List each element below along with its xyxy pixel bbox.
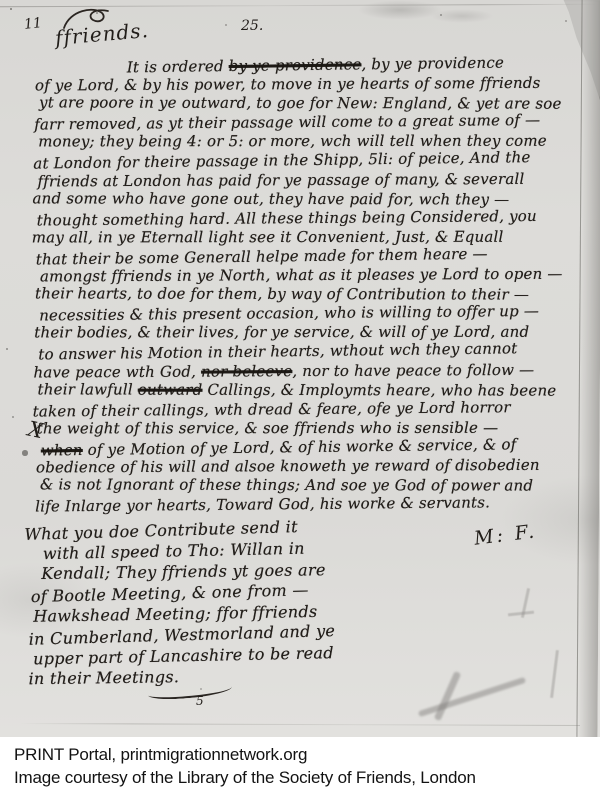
manuscript-line: thought something hard. All these things… [37, 206, 585, 230]
manuscript-scan: 11 25. ffriends. It is ordered by ye pro… [0, 0, 600, 737]
manuscript-line: have peace wth God, nor beleeve, nor to … [33, 360, 581, 382]
manuscript-line: of ye Lord, & by his power, to move in y… [35, 74, 583, 96]
caption-line-credit: Image courtesy of the Library of the Soc… [14, 766, 600, 789]
folio-number: 11 [23, 15, 42, 33]
manuscript-line: taken of their callings, wth dread & fea… [33, 397, 581, 421]
colophon-mark: 5 [196, 694, 204, 708]
page-number: 25. [241, 18, 263, 34]
manuscript-line: obedience of his will and alsoe knoweth … [36, 456, 584, 478]
pencil-x-bar [434, 671, 462, 721]
pencil-stroke [550, 650, 559, 698]
manuscript-line: amongst ffriends in ye North, what as it… [40, 265, 588, 287]
caption: PRINT Portal, printmigrationnetwork.org … [0, 737, 600, 794]
pencil-x-bar [418, 677, 526, 717]
manuscript-line: life Inlarge yor hearts, Toward God, his… [35, 493, 583, 517]
manuscript-line: ffriends at London has paid for ye passa… [37, 169, 585, 191]
ink-specks [10, 8, 12, 10]
caption-line-source: PRINT Portal, printmigrationnetwork.org [14, 743, 600, 766]
signature-initials: M: F. [473, 520, 538, 550]
manuscript-postscript: What you doe Contribute send itwith all … [28, 516, 361, 691]
pencil-x-smudge [408, 668, 538, 728]
screenshot: 11 25. ffriends. It is ordered by ye pro… [0, 0, 600, 794]
manuscript-body: It is ordered by ye providence, by ye pr… [35, 55, 585, 516]
